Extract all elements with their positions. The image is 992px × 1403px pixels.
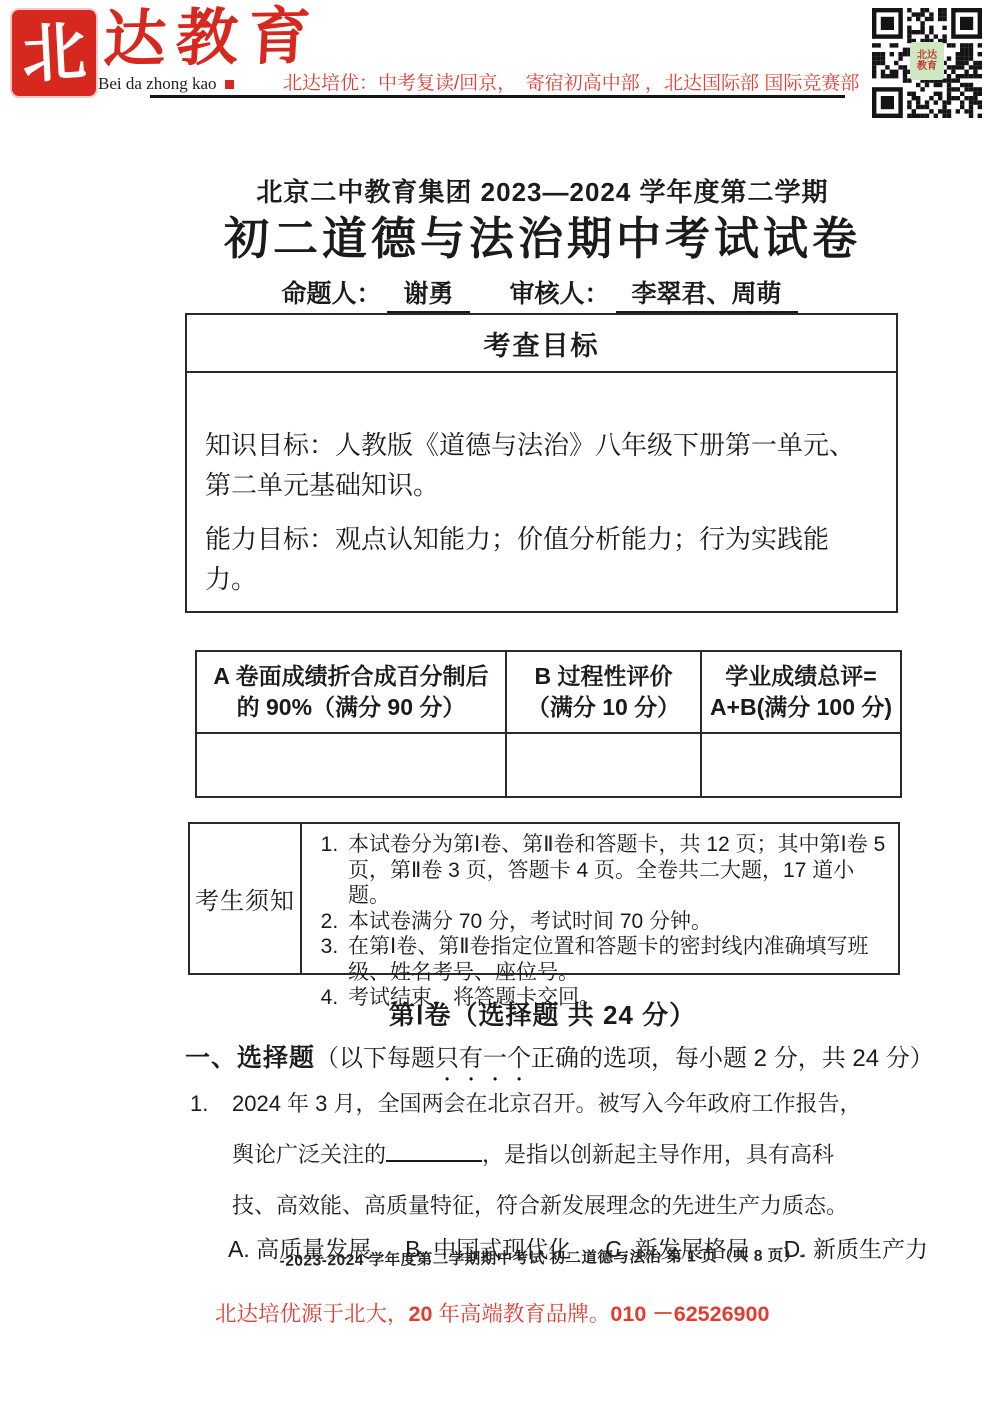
qr-badge-text: 北达 <box>917 50 937 61</box>
promo-phone: 010 －62526900 <box>610 1302 769 1326</box>
score-summary-table: A 卷面成绩折合成百分制后的 90%（满分 90 分） B 过程性评价（满分 1… <box>195 650 902 798</box>
ability-objective: 能力目标：观点认知能力；价值分析能力；行为实践能力。 <box>205 519 878 599</box>
instruction-post: 正确的选项，每小题 2 分，共 24 分） <box>531 1045 934 1072</box>
objectives-box-body: 知识目标：人教版《道德与法治》八年级下册第一单元、第二单元基础知识。 能力目标：… <box>187 373 896 599</box>
setter-reviewer-line: 命题人：谢勇审核人：李翠君、周萌 <box>185 274 900 313</box>
reviewer-label: 审核人： <box>510 280 610 308</box>
red-square-icon <box>225 80 234 89</box>
score-col-a-line2: 的 90%（满分 90 分） <box>237 694 466 720</box>
score-col-b-header: B 过程性评价（满分 10 分） <box>506 651 701 733</box>
brand-seal-logo: 北 <box>12 10 96 96</box>
objectives-box-header: 考查目标 <box>187 315 896 373</box>
instruction-emphasized: 只有一个 <box>435 1045 531 1072</box>
exam-objectives-box: 考查目标 知识目标：人教版《道德与法治》八年级下册第一单元、第二单元基础知识。 … <box>185 313 898 613</box>
exam-title: 初二道德与法治期中考试试卷 <box>185 202 900 267</box>
notice-list: 本试卷分为第Ⅰ卷、第Ⅱ卷和答题卡，共 12 页；其中第Ⅰ卷 5 页，第Ⅱ卷 3 … <box>306 832 890 1011</box>
score-cell-total <box>701 733 901 797</box>
fill-in-blank-line <box>386 1142 482 1162</box>
instruction-heading: 一、选择题 <box>185 1044 315 1072</box>
score-cell-b <box>506 733 701 797</box>
promo-text: 年高端教育品牌。 <box>432 1302 610 1326</box>
header-tagline: 北达培优：中考复读/回京， 寄宿初高中部 ，北达国际部 国际竞赛部 <box>283 68 859 95</box>
notice-box-body: 本试卷分为第Ⅰ卷、第Ⅱ卷和答题卡，共 12 页；其中第Ⅰ卷 5 页，第Ⅱ卷 3 … <box>302 824 898 973</box>
notice-box-label: 考生须知 <box>190 824 302 973</box>
setter-label: 命题人： <box>281 280 381 308</box>
promo-footer: 北达培优源于北大，20 年高端教育品牌。010 －62526900 <box>215 1297 769 1328</box>
score-table-empty-row <box>196 733 901 797</box>
reviewer-name: 李翠君、周萌 <box>616 274 798 313</box>
brand-subtext-label: Bei da zhong kao <box>98 74 217 93</box>
score-col-total-header: 学业成绩总评=A+B(满分 100 分) <box>701 651 901 733</box>
notice-item: 在第Ⅰ卷、第Ⅱ卷指定位置和答题卡的密封线内准确填写班级、姓名考号、座位号。 <box>344 934 890 985</box>
header-divider <box>150 95 845 98</box>
brand-subtext: Bei da zhong kao <box>98 74 234 94</box>
seal-character: 北 <box>20 19 87 86</box>
score-col-total-line2: A+B(满分 100 分) <box>710 694 892 720</box>
promo-years: 20 <box>409 1302 433 1326</box>
qr-badge-text: 教育 <box>917 61 937 72</box>
instruction-pre: （以下每题 <box>315 1045 435 1072</box>
qr-code: 北达 教育 <box>872 8 984 118</box>
score-col-b-line1: B 过程性评价 <box>535 663 673 689</box>
notice-item: 本试卷分为第Ⅰ卷、第Ⅱ卷和答题卡，共 12 页；其中第Ⅰ卷 5 页，第Ⅱ卷 3 … <box>344 832 890 909</box>
scanned-exam-page: 北 达教育 Bei da zhong kao 北达培优：中考复读/回京， 寄宿初… <box>0 0 992 1403</box>
score-cell-a <box>196 733 506 797</box>
score-col-total-line1: 学业成绩总评= <box>725 663 876 689</box>
question-1-text: 1. 2024 年 3 月，全国两会在北京召开。被写入今年政府工作报告，舆论广泛… <box>190 1078 878 1231</box>
part-one-title: 第Ⅰ卷（选择题 共 24 分） <box>185 995 900 1032</box>
brand-calligraphy-text: 达教育 <box>102 4 322 73</box>
score-table-header-row: A 卷面成绩折合成百分制后的 90%（满分 90 分） B 过程性评价（满分 1… <box>196 651 901 733</box>
knowledge-objective: 知识目标：人教版《道德与法治》八年级下册第一单元、第二单元基础知识。 <box>205 425 878 505</box>
question-1-number: 1. <box>190 1078 208 1129</box>
qr-center-badge: 北达 教育 <box>910 42 944 80</box>
promo-text: 北达培优源于北大， <box>215 1302 409 1326</box>
score-col-a-line1: A 卷面成绩折合成百分制后 <box>213 663 488 689</box>
score-col-b-line2: （满分 10 分） <box>527 694 680 720</box>
setter-name: 谢勇 <box>387 274 469 313</box>
candidate-notice-box: 考生须知 本试卷分为第Ⅰ卷、第Ⅱ卷和答题卡，共 12 页；其中第Ⅰ卷 5 页，第… <box>188 822 900 975</box>
score-col-a-header: A 卷面成绩折合成百分制后的 90%（满分 90 分） <box>196 651 506 733</box>
notice-item: 本试卷满分 70 分，考试时间 70 分钟。 <box>344 909 890 935</box>
